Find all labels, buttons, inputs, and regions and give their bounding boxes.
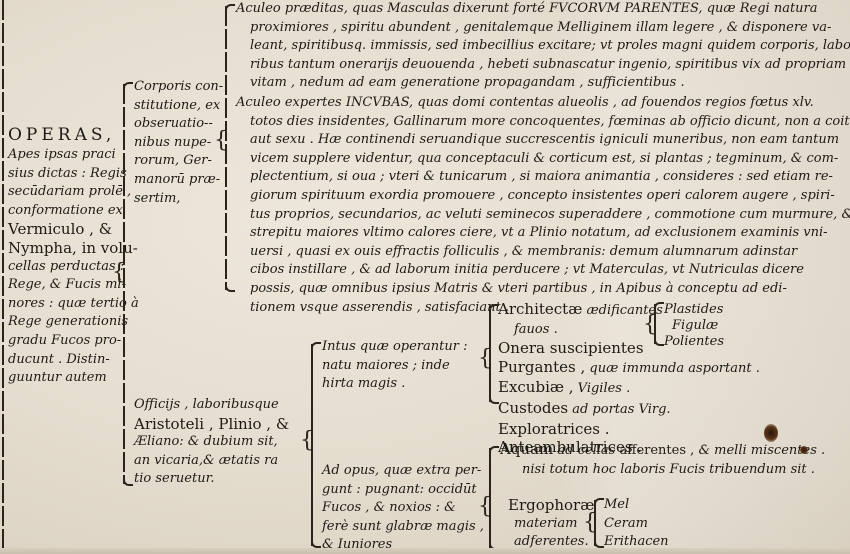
paragraph-line: cibos instillare , & ad laborum initia p… bbox=[236, 261, 850, 280]
operas-heading: OPERAS, bbox=[8, 124, 139, 146]
item-aquam: Aquam ad cellas afferentes , & melli mis… bbox=[500, 440, 825, 461]
paragraph-line: strepitu maiores vltimo calores ciere, v… bbox=[236, 224, 850, 243]
bracket-corporis-nib: { bbox=[214, 130, 228, 152]
bracket-fauos-bottom bbox=[654, 338, 664, 346]
paragraph-line: plectentium, si oua ; vteri & tunicarum … bbox=[236, 168, 850, 187]
operas-line: ducunt . Distin- bbox=[8, 351, 139, 370]
paragraph-line: possis, quæ omnibus ipsius Matris & vter… bbox=[236, 280, 850, 299]
item-ergophorae-l2: materiam bbox=[508, 515, 594, 534]
operas-line: secūdariam prolē , bbox=[8, 183, 139, 202]
operas-line: Apes ipsas praci bbox=[8, 146, 139, 165]
intus-line: hirta magis . bbox=[322, 375, 467, 394]
item-exploratrices: Exploratrices . bbox=[498, 420, 760, 439]
ad-opus-line: Ad opus, quæ extra per- bbox=[322, 462, 484, 481]
bracket-fauos-top bbox=[654, 302, 664, 310]
bracket-corporis-top bbox=[225, 4, 235, 12]
bracket-materials-bottom bbox=[594, 540, 604, 548]
corporis-line: stitutione, ex bbox=[134, 97, 223, 116]
bracket-officijs-nib: { bbox=[300, 430, 314, 452]
paragraph-line: leant, spiritibusq. immissis, sed imbeci… bbox=[236, 37, 850, 56]
paragraph-line: Aculeo expertes INCVBAS, quas domi conte… bbox=[236, 94, 850, 113]
paragraph-line: vicem supplere videntur, qua conceptacul… bbox=[236, 150, 850, 169]
bracket-materials-top bbox=[594, 498, 604, 506]
ad-opus-line: Fucos , & noxios : & bbox=[322, 499, 484, 518]
aquam-item: Aquam ad cellas afferentes , & melli mis… bbox=[500, 440, 825, 479]
paragraph-line: totos dies insidentes, Gallinarum more c… bbox=[236, 113, 850, 132]
operas-line: nores : quæ tertio à bbox=[8, 295, 139, 314]
operas-block: OPERAS, Apes ipsas praci sius dictas : R… bbox=[8, 124, 139, 388]
paragraph-line: tus proprios, secundarios, ac veluti sem… bbox=[236, 206, 850, 225]
item-ergophorae: Ergophoræ bbox=[508, 496, 594, 515]
bracket-materials-nib: { bbox=[583, 512, 597, 534]
corporis-line: nibus nupe- bbox=[134, 134, 223, 153]
corporis-line: Corporis con- bbox=[134, 78, 223, 97]
paragraph-line: ribus tantum onerarijs deuouenda , hebet… bbox=[236, 56, 850, 75]
corporis-line: manorū præ- bbox=[134, 171, 223, 190]
subitem-polientes: Polientes bbox=[664, 334, 724, 350]
fauos-subitems: Plastides Figulæ Polientes bbox=[664, 302, 724, 350]
material-mel: Mel bbox=[604, 496, 669, 515]
intus-line: Intus quæ operantur : bbox=[322, 338, 467, 357]
bracket-ad-opus-nib: { bbox=[478, 496, 492, 518]
ink-stain-small bbox=[800, 446, 808, 454]
bracket-corporis-bottom bbox=[225, 284, 235, 292]
paragraph-line: proximiores , spiritu abundent , genital… bbox=[236, 19, 850, 38]
ad-opus-line: gunt : pugnant: occidūt bbox=[322, 481, 484, 500]
bracket-operas-bottom bbox=[123, 478, 133, 486]
operas-line: gradu Fucos pro- bbox=[8, 332, 139, 351]
operas-line: Rege generationis bbox=[8, 313, 139, 332]
operas-line: Vermiculo , & bbox=[8, 220, 139, 239]
paragraph-line: giorum spirituum exordia promouere , con… bbox=[236, 187, 850, 206]
operas-line: Nympha, in volu- bbox=[8, 239, 139, 258]
materials-list: Mel Ceram Erithacen bbox=[604, 496, 669, 552]
item-custodes: Custodes ad portas Virg. bbox=[498, 399, 760, 420]
incubas-paragraph: Aculeo expertes INCVBAS, quas domi conte… bbox=[236, 94, 850, 317]
corporis-line: sertim, bbox=[134, 190, 223, 209]
paragraph-line: aut sexu . Hæ continendi seruandique suc… bbox=[236, 131, 850, 150]
officijs-line: an vicaria,& ætatis ra bbox=[134, 452, 289, 471]
ad-opus-line: ferè sunt glabræ magis , bbox=[322, 518, 484, 537]
subitem-plastides: Plastides bbox=[664, 302, 724, 318]
bracket-officijs-bottom bbox=[311, 540, 321, 548]
bracket-operas-nib: { bbox=[112, 262, 126, 284]
officijs-line: Æliano: & dubium sit, bbox=[134, 433, 289, 452]
subitem-figulae: Figulæ bbox=[664, 318, 724, 334]
left-margin-rule bbox=[2, 0, 4, 554]
corporis-line: obseruatio-- bbox=[134, 115, 223, 134]
officijs-line: Aristoteli , Plinio , & bbox=[134, 415, 289, 434]
paragraph-line: vitam , nedum ad eam generatione propaga… bbox=[236, 74, 850, 93]
officijs-block: Officijs , laboribusque Aristoteli , Pli… bbox=[134, 396, 289, 489]
item-nisi: nisi totum hoc laboris Fucis tribuendum … bbox=[500, 461, 825, 480]
material-ceram: Ceram bbox=[604, 515, 669, 534]
officijs-line: Officijs , laboribusque bbox=[134, 396, 289, 415]
fucorum-paragraph: Aculeo præditas, quas Masculas dixerunt … bbox=[236, 0, 850, 93]
operas-line: sius dictas : Regis bbox=[8, 165, 139, 184]
intus-line: natu maiores ; inde bbox=[322, 357, 467, 376]
operas-line: guuntur autem bbox=[8, 369, 139, 388]
item-purgantes: Purgantes , quæ immunda asportant . bbox=[498, 358, 760, 379]
bracket-officijs-top bbox=[311, 342, 321, 350]
intus-label: Intus quæ operantur : natu maiores ; ind… bbox=[322, 338, 467, 394]
item-excubiae: Excubiæ , Vigiles . bbox=[498, 378, 760, 399]
ink-stain bbox=[764, 424, 778, 442]
ergophorae-item: Ergophoræ materiam adferentes. bbox=[508, 496, 594, 552]
bracket-fauos-nib: { bbox=[643, 314, 657, 336]
paragraph-line: uersi , quasi ex ouis effractis follicul… bbox=[236, 243, 850, 262]
operas-line: conformatione ex bbox=[8, 202, 139, 221]
bracket-intus-nib: { bbox=[478, 348, 492, 370]
bracket-operas-top bbox=[123, 82, 133, 90]
corporis-line: rorum, Ger- bbox=[134, 152, 223, 171]
corporis-block: Corporis con- stitutione, ex obseruatio-… bbox=[134, 78, 223, 208]
paragraph-line: Aculeo præditas, quas Masculas dixerunt … bbox=[236, 0, 850, 19]
page-bottom-edge bbox=[0, 548, 850, 554]
bracket-ad-opus-top bbox=[489, 446, 499, 454]
ad-opus-label: Ad opus, quæ extra per- gunt : pugnant: … bbox=[322, 462, 484, 554]
officijs-line: tio seruetur. bbox=[134, 470, 289, 489]
